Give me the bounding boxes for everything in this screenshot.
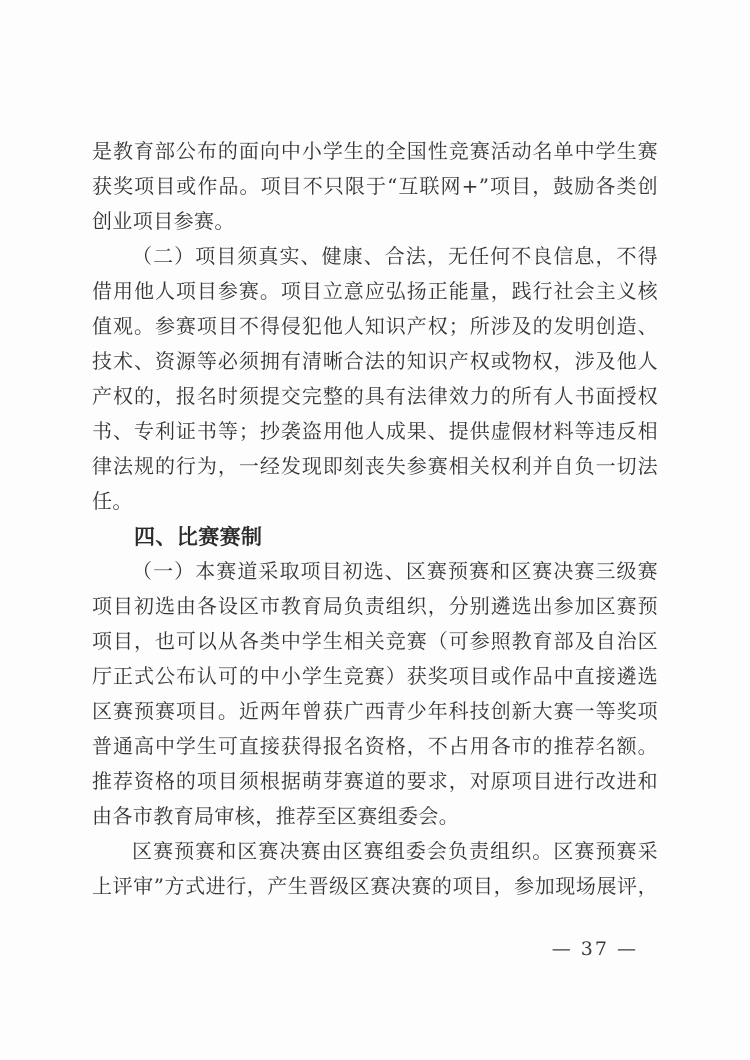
text-line: 推荐资格的项目须根据萌芽赛道的要求，对原项目进行改进和完善， — [92, 764, 658, 799]
text-line: 由各市教育局审核，推荐至区赛组委会。 — [92, 799, 658, 834]
text-line: 产权的，报名时须提交完整的具有法律效力的所有人书面授权许可 — [92, 379, 658, 414]
text-line: 技术、资源等必须拥有清晰合法的知识产权或物权，涉及他人知识 — [92, 344, 658, 379]
text-line: 书、专利证书等；抄袭盗用他人成果、提供虚假材料等违反相关法 — [92, 414, 658, 449]
text-line: 值观。参赛项目不得侵犯他人知识产权；所涉及的发明创造、专利 — [92, 309, 658, 344]
text-line: （二）项目须真实、健康、合法，无任何不良信息，不得 — [92, 239, 658, 274]
text-line: 借用他人项目参赛。项目立意应弘扬正能量，践行社会主义核心价 — [92, 274, 658, 309]
text-line: 任。 — [92, 484, 658, 519]
section-heading: 四、比赛赛制 — [92, 519, 658, 554]
document-body: 是教育部公布的面向中小学生的全国性竞赛活动名单中学生赛事 获奖项目或作品。项目不… — [92, 134, 658, 904]
document-page: 是教育部公布的面向中小学生的全国性竞赛活动名单中学生赛事 获奖项目或作品。项目不… — [0, 0, 750, 1060]
text-line: 是教育部公布的面向中小学生的全国性竞赛活动名单中学生赛事 — [92, 134, 658, 169]
text-line: 获奖项目或作品。项目不只限于“互联网+”项目，鼓励各类创新 — [92, 169, 658, 204]
text-line: （一）本赛道采取项目初选、区赛预赛和区赛决赛三级赛制。 — [92, 554, 658, 589]
text-line: 普通高中学生可直接获得报名资格，不占用各市的推荐名额。获得 — [92, 729, 658, 764]
text-line: 厅正式公布认可的中小学生竞赛）获奖项目或作品中直接遴选推荐 — [92, 659, 658, 694]
text-line: 项目，也可以从各类中学生相关竞赛（可参照教育部及自治区教育 — [92, 624, 658, 659]
text-line: 区赛预赛项目。近两年曾获广西青少年科技创新大赛一等奖项目的 — [92, 694, 658, 729]
text-line: 律法规的行为，一经发现即刻丧失参赛相关权利并自负一切法律责 — [92, 449, 658, 484]
page-number: — 37 — — [552, 938, 638, 960]
text-line: 区赛预赛和区赛决赛由区赛组委会负责组织。区赛预赛采用“网 — [92, 834, 658, 869]
text-line: 项目初选由各设区市教育局负责组织，分别遴选出参加区赛预赛的 — [92, 589, 658, 624]
text-line: 上评审”方式进行，产生晋级区赛决赛的项目，参加现场展评，通 — [92, 869, 658, 904]
text-line: 创业项目参赛。 — [92, 204, 658, 239]
